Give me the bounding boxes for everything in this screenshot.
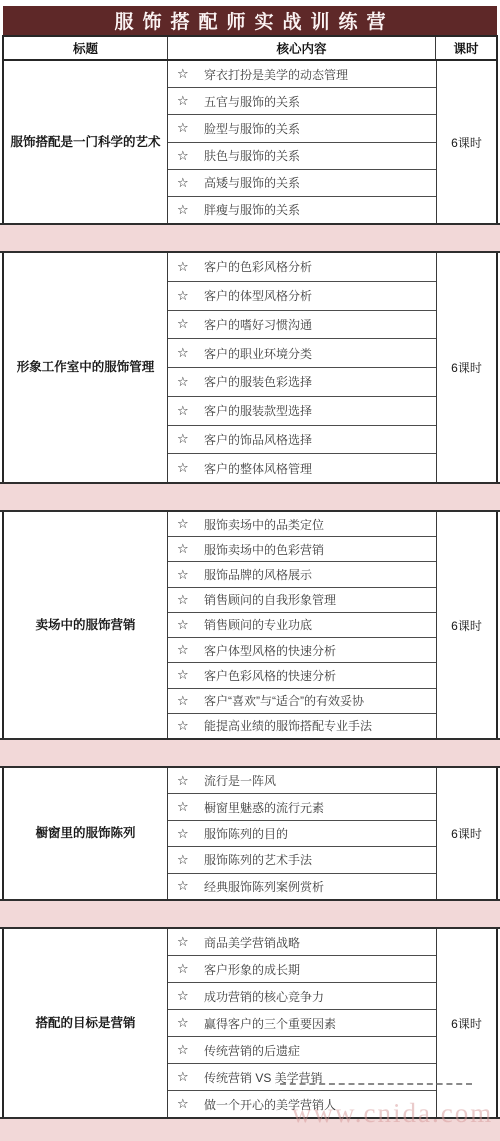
content-row: ☆传统营销的后遗症 bbox=[168, 1037, 436, 1064]
content-item-text: 穿衣打扮是美学的动态管理 bbox=[204, 66, 348, 83]
star-icon: ☆ bbox=[177, 345, 204, 361]
content-item-text: 客户“喜欢”与“适合”的有效妥协 bbox=[204, 692, 364, 709]
content-item-text: 橱窗里魅惑的流行元素 bbox=[204, 799, 324, 816]
content-item-text: 五官与服饰的关系 bbox=[204, 93, 300, 110]
content-row: ☆客户的整体风格管理 bbox=[168, 454, 436, 482]
star-icon: ☆ bbox=[177, 403, 204, 419]
content-item-text: 客户的色彩风格分析 bbox=[204, 258, 312, 275]
star-icon: ☆ bbox=[177, 120, 204, 136]
section: 搭配的目标是营销☆商品美学营销战略☆客户形象的成长期☆成功营销的核心竞争力☆赢得… bbox=[2, 929, 498, 1117]
content-item-text: 经典服饰陈列案例赏析 bbox=[204, 878, 324, 895]
star-icon: ☆ bbox=[177, 1096, 204, 1112]
content-row: ☆客户的嗜好习惯沟通 bbox=[168, 311, 436, 340]
content-row: ☆客户体型风格的快速分析 bbox=[168, 638, 436, 663]
content-row: ☆传统营销 VS 美学营销 bbox=[168, 1064, 436, 1091]
star-icon: ☆ bbox=[177, 93, 204, 109]
content-item-text: 流行是一阵风 bbox=[204, 772, 276, 789]
star-icon: ☆ bbox=[177, 773, 204, 789]
content-row: ☆服饰卖场中的色彩营销 bbox=[168, 537, 436, 562]
section-hours: 6课时 bbox=[436, 512, 496, 738]
section: 卖场中的服饰营销☆服饰卖场中的品类定位☆服饰卖场中的色彩营销☆服饰品牌的风格展示… bbox=[2, 512, 498, 738]
separator-row bbox=[0, 899, 500, 929]
section-title: 服饰搭配是一门科学的艺术 bbox=[4, 61, 168, 223]
star-icon: ☆ bbox=[177, 460, 204, 476]
star-icon: ☆ bbox=[177, 259, 204, 275]
section-title: 搭配的目标是营销 bbox=[4, 929, 168, 1117]
content-item-text: 销售顾问的专业功底 bbox=[204, 616, 312, 633]
content-item-text: 服饰卖场中的色彩营销 bbox=[204, 541, 324, 558]
content-row: ☆肤色与服饰的关系 bbox=[168, 143, 436, 170]
star-icon: ☆ bbox=[177, 516, 204, 532]
section: 形象工作室中的服饰管理☆客户的色彩风格分析☆客户的体型风格分析☆客户的嗜好习惯沟… bbox=[2, 253, 498, 482]
star-icon: ☆ bbox=[177, 988, 204, 1004]
section-content-column: ☆商品美学营销战略☆客户形象的成长期☆成功营销的核心竞争力☆赢得客户的三个重要因… bbox=[168, 929, 436, 1117]
content-row: ☆做一个开心的美学营销人 bbox=[168, 1091, 436, 1117]
section: 服饰搭配是一门科学的艺术☆穿衣打扮是美学的动态管理☆五官与服饰的关系☆脸型与服饰… bbox=[2, 61, 498, 223]
content-row: ☆脸型与服饰的关系 bbox=[168, 115, 436, 142]
section-hours: 6课时 bbox=[436, 61, 496, 223]
content-row: ☆成功营销的核心竞争力 bbox=[168, 983, 436, 1010]
separator-row bbox=[0, 738, 500, 768]
content-row: ☆赢得客户的三个重要因素 bbox=[168, 1010, 436, 1037]
content-item-text: 脸型与服饰的关系 bbox=[204, 120, 300, 137]
content-item-text: 赢得客户的三个重要因素 bbox=[204, 1015, 336, 1032]
section-title: 形象工作室中的服饰管理 bbox=[4, 253, 168, 482]
content-item-text: 胖瘦与服饰的关系 bbox=[204, 201, 300, 218]
section-content-column: ☆客户的色彩风格分析☆客户的体型风格分析☆客户的嗜好习惯沟通☆客户的职业环境分类… bbox=[168, 253, 436, 482]
star-icon: ☆ bbox=[177, 961, 204, 977]
separator-row bbox=[0, 223, 500, 253]
content-row: ☆客户的服装款型选择 bbox=[168, 397, 436, 426]
star-icon: ☆ bbox=[177, 592, 204, 608]
section-hours: 6课时 bbox=[436, 768, 496, 899]
content-row: ☆高矮与服饰的关系 bbox=[168, 170, 436, 197]
content-row: ☆服饰卖场中的品类定位 bbox=[168, 512, 436, 537]
star-icon: ☆ bbox=[177, 852, 204, 868]
page-title: 服饰搭配师实战训练营 bbox=[3, 6, 497, 35]
content-row: ☆流行是一阵风 bbox=[168, 768, 436, 794]
table-header-row: 标题 核心内容 课时 bbox=[2, 35, 498, 61]
star-icon: ☆ bbox=[177, 66, 204, 82]
star-icon: ☆ bbox=[177, 799, 204, 815]
star-icon: ☆ bbox=[177, 617, 204, 633]
page-title-text: 服饰搭配师实战训练营 bbox=[105, 7, 394, 34]
content-item-text: 服饰陈列的艺术手法 bbox=[204, 851, 312, 868]
star-icon: ☆ bbox=[177, 667, 204, 683]
content-row: ☆经典服饰陈列案例赏析 bbox=[168, 874, 436, 899]
content-row: ☆服饰品牌的风格展示 bbox=[168, 562, 436, 587]
content-item-text: 客户体型风格的快速分析 bbox=[204, 642, 336, 659]
section-hours: 6课时 bbox=[436, 253, 496, 482]
bottom-separator-band bbox=[0, 1117, 500, 1141]
content-item-text: 做一个开心的美学营销人 bbox=[204, 1096, 336, 1113]
section-hours: 6课时 bbox=[436, 929, 496, 1117]
separator-row bbox=[0, 482, 500, 512]
content-item-text: 服饰卖场中的品类定位 bbox=[204, 516, 324, 533]
content-row: ☆客户的职业环境分类 bbox=[168, 339, 436, 368]
star-icon: ☆ bbox=[177, 567, 204, 583]
content-row: ☆销售顾问的自我形象管理 bbox=[168, 588, 436, 613]
content-item-text: 客户的整体风格管理 bbox=[204, 460, 312, 477]
content-row: ☆五官与服饰的关系 bbox=[168, 88, 436, 115]
content-item-text: 服饰品牌的风格展示 bbox=[204, 566, 312, 583]
content-row: ☆服饰陈列的目的 bbox=[168, 821, 436, 847]
content-row: ☆客户的体型风格分析 bbox=[168, 282, 436, 311]
content-item-text: 高矮与服饰的关系 bbox=[204, 174, 300, 191]
header-cell-content: 核心内容 bbox=[168, 37, 436, 59]
content-row: ☆商品美学营销战略 bbox=[168, 929, 436, 956]
content-row: ☆穿衣打扮是美学的动态管理 bbox=[168, 61, 436, 88]
content-row: ☆客户“喜欢”与“适合”的有效妥协 bbox=[168, 689, 436, 714]
content-row: ☆客户的饰品风格选择 bbox=[168, 426, 436, 455]
content-row: ☆能提高业绩的服饰搭配专业手法 bbox=[168, 714, 436, 738]
section-title: 卖场中的服饰营销 bbox=[4, 512, 168, 738]
star-icon: ☆ bbox=[177, 374, 204, 390]
star-icon: ☆ bbox=[177, 541, 204, 557]
content-row: ☆客户的色彩风格分析 bbox=[168, 253, 436, 282]
header-cell-title: 标题 bbox=[4, 37, 168, 59]
star-icon: ☆ bbox=[177, 288, 204, 304]
content-item-text: 成功营销的核心竞争力 bbox=[204, 988, 324, 1005]
star-icon: ☆ bbox=[177, 316, 204, 332]
content-item-text: 客户的嗜好习惯沟通 bbox=[204, 316, 312, 333]
content-item-text: 传统营销的后遗症 bbox=[204, 1042, 300, 1059]
content-row: ☆客户形象的成长期 bbox=[168, 956, 436, 983]
content-item-text: 客户的饰品风格选择 bbox=[204, 431, 312, 448]
course-outline-page: 服饰搭配师实战训练营 标题 核心内容 课时 服饰搭配是一门科学的艺术☆穿衣打扮是… bbox=[0, 0, 500, 1141]
content-item-text: 客户色彩风格的快速分析 bbox=[204, 667, 336, 684]
section: 橱窗里的服饰陈列☆流行是一阵风☆橱窗里魅惑的流行元素☆服饰陈列的目的☆服饰陈列的… bbox=[2, 768, 498, 899]
star-icon: ☆ bbox=[177, 1042, 204, 1058]
content-row: ☆胖瘦与服饰的关系 bbox=[168, 197, 436, 223]
star-icon: ☆ bbox=[177, 1069, 204, 1085]
content-item-text: 客户的服装色彩选择 bbox=[204, 373, 312, 390]
star-icon: ☆ bbox=[177, 878, 204, 894]
star-icon: ☆ bbox=[177, 934, 204, 950]
content-item-text: 客户的体型风格分析 bbox=[204, 287, 312, 304]
star-icon: ☆ bbox=[177, 202, 204, 218]
star-icon: ☆ bbox=[177, 1015, 204, 1031]
content-item-text: 商品美学营销战略 bbox=[204, 934, 300, 951]
content-row: ☆客户的服装色彩选择 bbox=[168, 368, 436, 397]
star-icon: ☆ bbox=[177, 642, 204, 658]
content-item-text: 销售顾问的自我形象管理 bbox=[204, 591, 336, 608]
star-icon: ☆ bbox=[177, 826, 204, 842]
content-row: ☆橱窗里魅惑的流行元素 bbox=[168, 794, 436, 820]
content-row: ☆服饰陈列的艺术手法 bbox=[168, 847, 436, 873]
star-icon: ☆ bbox=[177, 431, 204, 447]
content-item-text: 能提高业绩的服饰搭配专业手法 bbox=[204, 717, 372, 734]
content-row: ☆客户色彩风格的快速分析 bbox=[168, 663, 436, 688]
section-title: 橱窗里的服饰陈列 bbox=[4, 768, 168, 899]
content-item-text: 客户形象的成长期 bbox=[204, 961, 300, 978]
content-item-text: 客户的服装款型选择 bbox=[204, 402, 312, 419]
star-icon: ☆ bbox=[177, 693, 204, 709]
section-content-column: ☆服饰卖场中的品类定位☆服饰卖场中的色彩营销☆服饰品牌的风格展示☆销售顾问的自我… bbox=[168, 512, 436, 738]
content-item-text: 肤色与服饰的关系 bbox=[204, 147, 300, 164]
page-break-dashed-line bbox=[280, 1083, 472, 1085]
content-item-text: 客户的职业环境分类 bbox=[204, 345, 312, 362]
header-cell-hours: 课时 bbox=[436, 37, 496, 59]
section-content-column: ☆流行是一阵风☆橱窗里魅惑的流行元素☆服饰陈列的目的☆服饰陈列的艺术手法☆经典服… bbox=[168, 768, 436, 899]
star-icon: ☆ bbox=[177, 175, 204, 191]
star-icon: ☆ bbox=[177, 718, 204, 734]
star-icon: ☆ bbox=[177, 148, 204, 164]
content-item-text: 服饰陈列的目的 bbox=[204, 825, 288, 842]
content-row: ☆销售顾问的专业功底 bbox=[168, 613, 436, 638]
section-content-column: ☆穿衣打扮是美学的动态管理☆五官与服饰的关系☆脸型与服饰的关系☆肤色与服饰的关系… bbox=[168, 61, 436, 223]
